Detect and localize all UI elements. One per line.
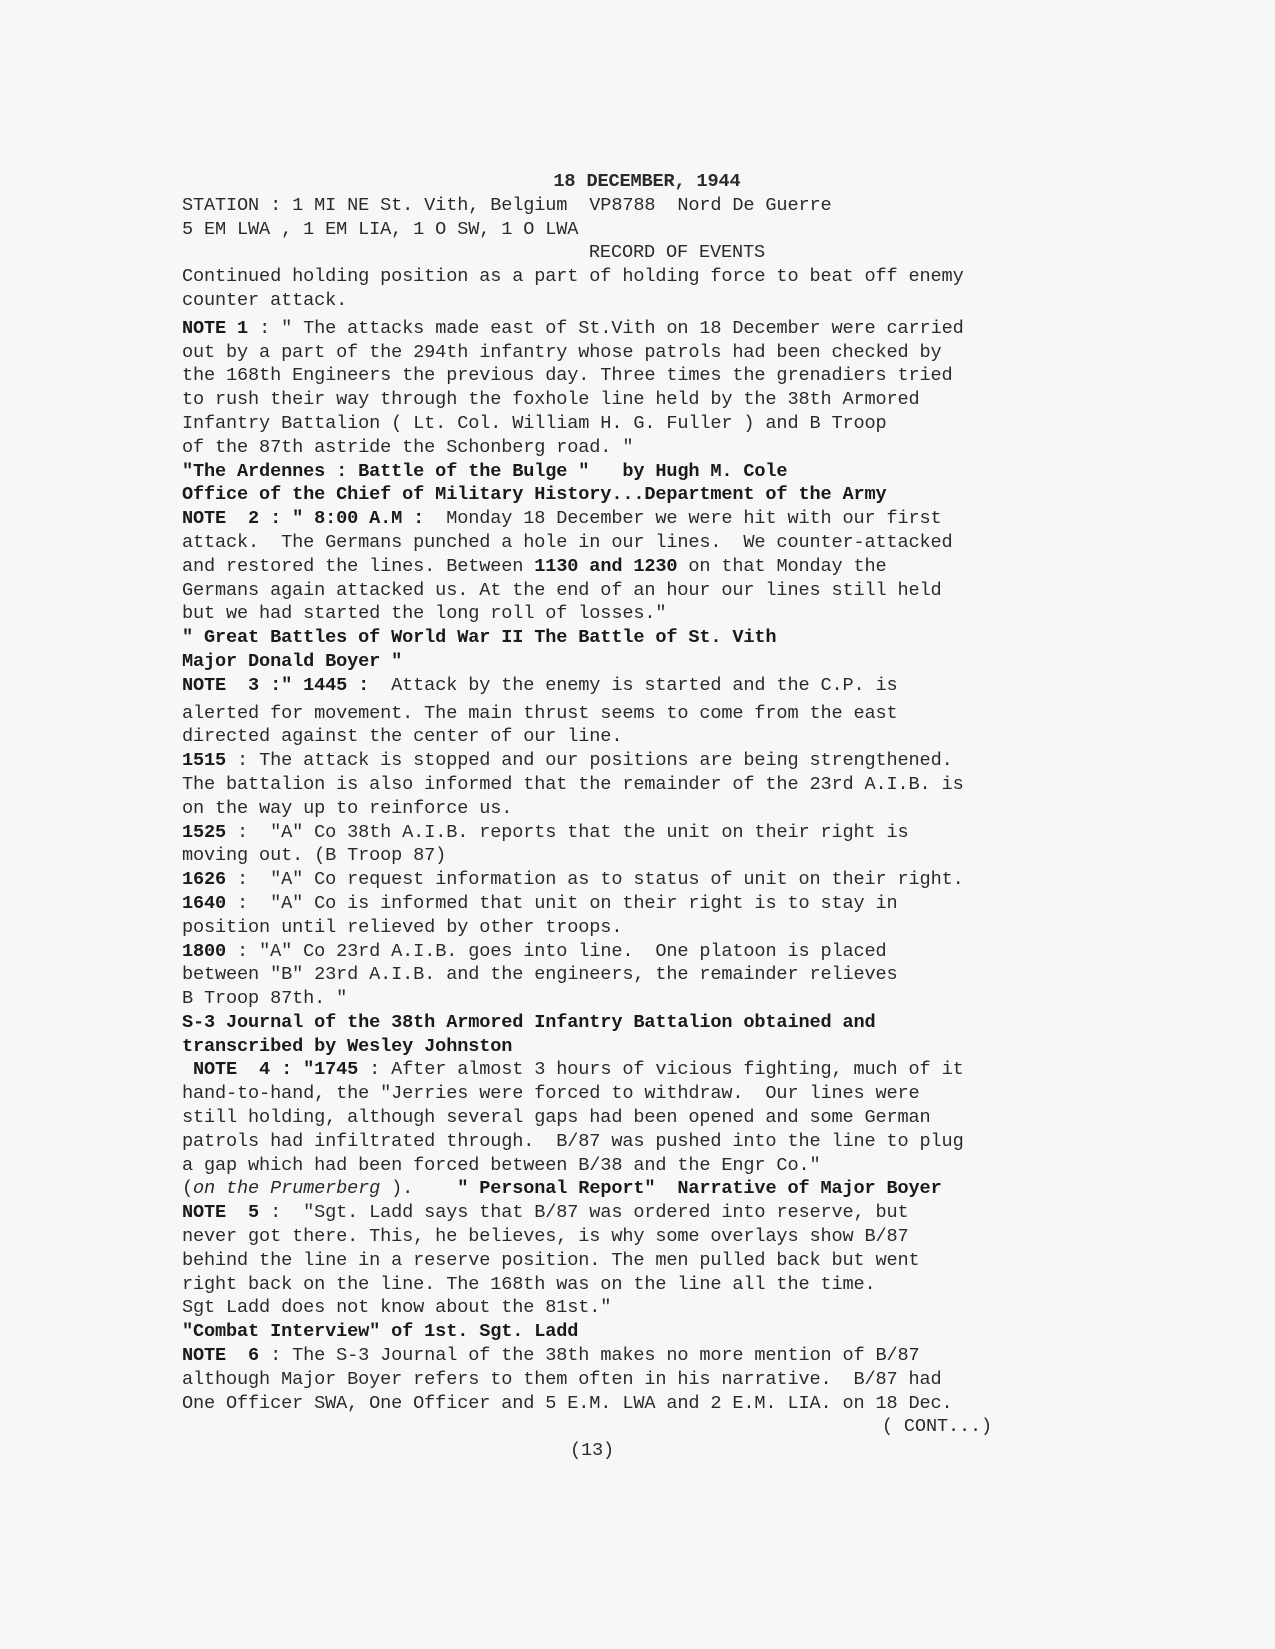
note-line: never got there. This, he believes, is w… [182,1225,1082,1249]
journal-entry: 1515 : The attack is stopped and our pos… [182,749,1082,773]
source-citation: " Personal Report" Narrative of Major Bo… [457,1178,941,1199]
source-citation: Major Donald Boyer " [182,650,1082,674]
note-line: the 168th Engineers the previous day. Th… [182,364,1082,388]
note-label: NOTE 3 :" 1445 : [182,675,369,696]
note-line: a gap which had been forced between B/38… [182,1154,1082,1178]
note-line: position until relieved by other troops. [182,916,1082,940]
intro-line: counter attack. [182,289,1082,313]
note-label: NOTE 1 [182,318,248,339]
note-label: NOTE 6 [182,1345,259,1366]
journal-entry: 1626 : "A" Co request information as to … [182,868,1082,892]
note-line: Infantry Battalion ( Lt. Col. William H.… [182,412,1082,436]
source-citation: Office of the Chief of Military History.… [182,483,1082,507]
note-5: NOTE 5 : "Sgt. Ladd says that B/87 was o… [182,1201,1082,1225]
journal-entry: 1800 : "A" Co 23rd A.I.B. goes into line… [182,940,1082,964]
note-line: alerted for movement. The main thrust se… [182,702,1082,726]
continued-marker: ( CONT...) [182,1415,1082,1439]
note-line: of the 87th astride the Schonberg road. … [182,436,1082,460]
casualties-line: 5 EM LWA , 1 EM LIA, 1 O SW, 1 O LWA [182,218,1082,242]
note-line: The battalion is also informed that the … [182,773,1082,797]
note-2: NOTE 2 : " 8:00 A.M : Monday 18 December… [182,507,1082,531]
note-4: NOTE 4 : "1745 : After almost 3 hours of… [182,1058,1082,1082]
note-line: B Troop 87th. " [182,987,1082,1011]
note-line: but we had started the long roll of loss… [182,602,1082,626]
journal-entry: 1525 : "A" Co 38th A.I.B. reports that t… [182,821,1082,845]
note-line: patrols had infiltrated through. B/87 wa… [182,1130,1082,1154]
note-label: NOTE 2 : " 8:00 A.M : [182,508,424,529]
note-line: although Major Boyer refers to them ofte… [182,1368,1082,1392]
note-line: right back on the line. The 168th was on… [182,1273,1082,1297]
note-6: NOTE 6 : The S-3 Journal of the 38th mak… [182,1344,1082,1368]
station-line: STATION : 1 MI NE St. Vith, Belgium VP87… [182,194,1082,218]
note-line: hand-to-hand, the "Jerries were forced t… [182,1082,1082,1106]
page-number: (13) [182,1439,1082,1463]
note-label: NOTE 4 : "1745 [182,1059,358,1080]
note-line: to rush their way through the foxhole li… [182,388,1082,412]
note-line: One Officer SWA, One Officer and 5 E.M. … [182,1392,1082,1416]
note-line: Germans again attacked us. At the end of… [182,579,1082,603]
source-citation: "The Ardennes : Battle of the Bulge " by… [182,460,1082,484]
note-label: NOTE 5 [182,1202,259,1223]
date-heading: 18 DECEMBER, 1944 [182,170,1082,194]
location-and-source: (on the Prumerberg ). " Personal Report"… [182,1177,1082,1201]
note-line: between "B" 23rd A.I.B. and the engineer… [182,963,1082,987]
source-citation: " Great Battles of World War II The Batt… [182,626,1082,650]
source-citation: transcribed by Wesley Johnston [182,1035,1082,1059]
note-line: Sgt Ladd does not know about the 81st." [182,1296,1082,1320]
note-line: and restored the lines. Between 1130 and… [182,555,1082,579]
section-heading: RECORD OF EVENTS [182,241,1082,265]
note-line: directed against the center of our line. [182,725,1082,749]
note-line: out by a part of the 294th infantry whos… [182,341,1082,365]
note-line: on the way up to reinforce us. [182,797,1082,821]
source-citation: "Combat Interview" of 1st. Sgt. Ladd [182,1320,1082,1344]
intro-line: Continued holding position as a part of … [182,265,1082,289]
note-1: NOTE 1 : " The attacks made east of St.V… [182,317,1082,341]
document-page: 18 DECEMBER, 1944 STATION : 1 MI NE St. … [182,170,1082,1463]
note-line: attack. The Germans punched a hole in ou… [182,531,1082,555]
note-line: behind the line in a reserve position. T… [182,1249,1082,1273]
note-line: still holding, although several gaps had… [182,1106,1082,1130]
note-line: moving out. (B Troop 87) [182,844,1082,868]
source-citation: S-3 Journal of the 38th Armored Infantry… [182,1011,1082,1035]
note-3: NOTE 3 :" 1445 : Attack by the enemy is … [182,674,1082,698]
journal-entry: 1640 : "A" Co is informed that unit on t… [182,892,1082,916]
